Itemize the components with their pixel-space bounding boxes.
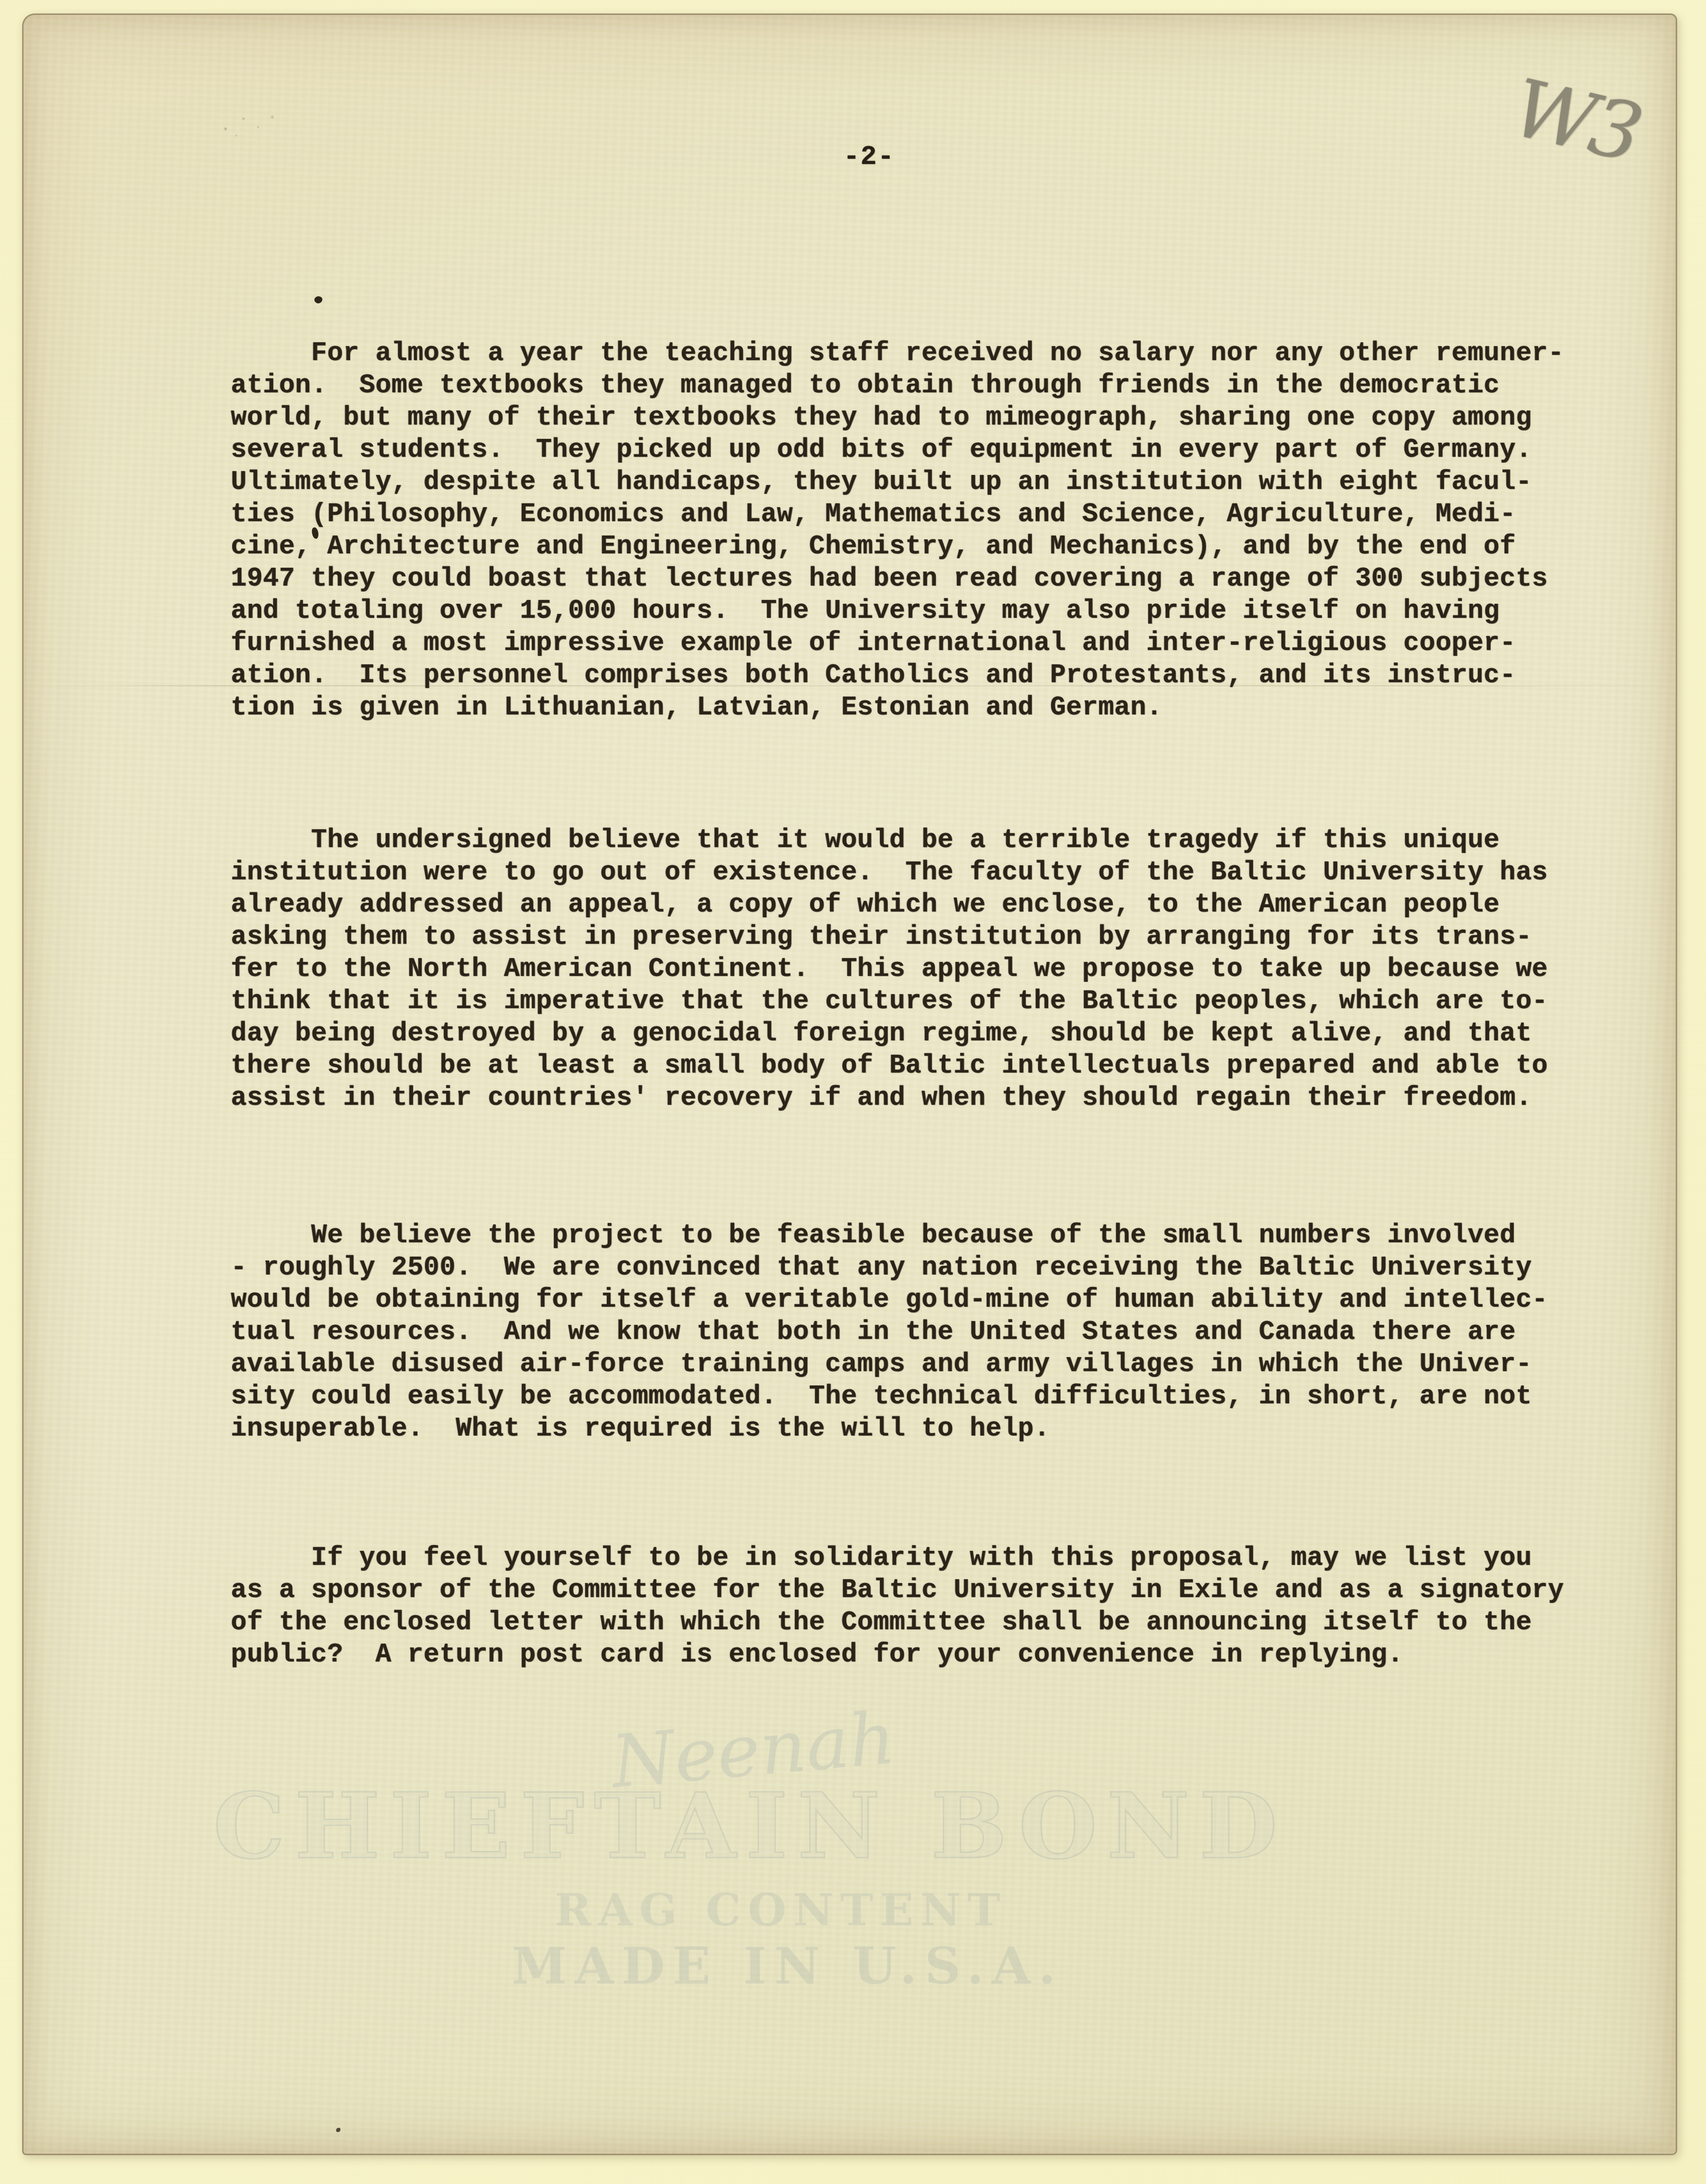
watermark-rag-content: RAG CONTENT [554,1884,1007,1936]
paragraph: For almost a year the teaching staff rec… [231,337,1616,724]
page-number: -2- [843,141,895,173]
paragraph: The undersigned believe that it would be… [231,824,1616,1114]
paragraph: If you feel yourself to be in solidarity… [231,1542,1616,1671]
letter-page: -2- W3 For almost a year the teaching st… [22,13,1677,2155]
letter-body: For almost a year the teaching staff rec… [231,273,1616,1735]
watermark-made-in-usa: MADE IN U.S.A. [512,1936,1063,1996]
pencil-smudge [211,109,283,142]
ink-speck [336,2128,340,2132]
watermark-brand-name: CHIEFTAIN BOND [213,1773,1287,1879]
paragraph: We believe the project to be feasible be… [231,1219,1616,1445]
handwritten-archive-mark: W3 [1506,68,1647,174]
scan-background: -2- W3 For almost a year the teaching st… [0,0,1706,2184]
